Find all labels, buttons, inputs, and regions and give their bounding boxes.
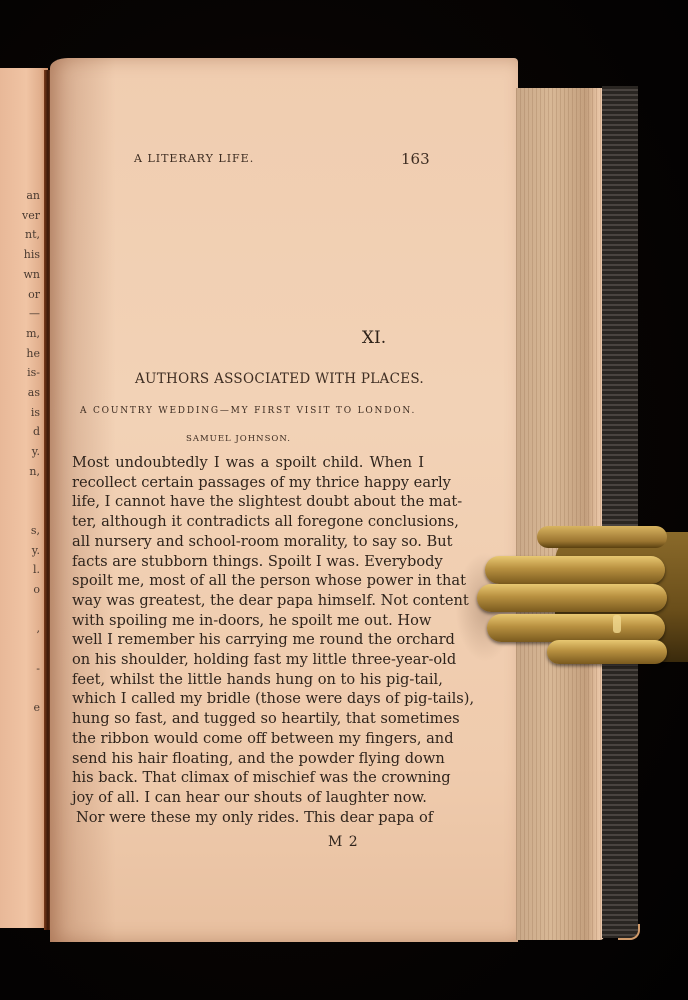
- page-block-fore-edge: [516, 88, 604, 940]
- left-page-fragment: n,: [0, 464, 40, 481]
- left-page-fragment: or: [0, 287, 40, 304]
- left-page-fragment: d: [0, 424, 40, 441]
- ring-icon: [613, 615, 621, 633]
- text-line: recollect certain passages of my thrice …: [72, 473, 424, 493]
- left-page-fragment: o: [0, 582, 40, 599]
- text-line: send his hair floating, and the powder f…: [72, 749, 424, 769]
- left-page-fragment: y.: [0, 543, 40, 560]
- running-head: A LITERARY LIFE.: [134, 152, 254, 165]
- left-page-edge: anvernt,hiswnor—m,heis-asisdy.n,s,y.l.o,…: [0, 68, 48, 928]
- hand-finger-middle: [477, 584, 667, 612]
- left-page-fragment: nt,: [0, 227, 40, 244]
- body-text: Most undoubtedly I was a spoilt child. W…: [72, 453, 424, 827]
- text-line: all nursery and school-room morality, to…: [72, 532, 424, 552]
- text-line: way was greatest, the dear papa himself.…: [72, 591, 424, 611]
- text-line: Most undoubtedly I was a spoilt child. W…: [72, 453, 424, 473]
- signature-mark: M 2: [328, 834, 359, 850]
- left-page-fragment: -: [0, 661, 40, 678]
- left-page-fragment: as: [0, 385, 40, 402]
- left-page-fragment: —: [0, 306, 40, 323]
- left-page-fragment: he: [0, 346, 40, 363]
- hand-thumb: [537, 526, 667, 548]
- hand-finger-little: [547, 640, 667, 664]
- text-line: on his shoulder, holding fast my little …: [72, 650, 424, 670]
- left-page-fragment: wn: [0, 267, 40, 284]
- left-page-fragment: is: [0, 405, 40, 422]
- text-line: hung so fast, and tugged so heartily, th…: [72, 709, 424, 729]
- text-line: spoilt me, most of all the person whose …: [72, 571, 424, 591]
- text-line: joy of all. I can hear our shouts of lau…: [72, 788, 424, 808]
- text-line: which I called my bridle (those were day…: [72, 689, 424, 709]
- page-number: 163: [401, 150, 430, 168]
- hand-finger-index: [485, 556, 665, 584]
- text-line: feet, whilst the little hands hung on to…: [72, 670, 424, 690]
- left-page-fragment: s,: [0, 523, 40, 540]
- left-page-fragment: an: [0, 188, 40, 205]
- cloth-cover-edge: [602, 86, 638, 938]
- text-line: with spoiling me in-doors, he spoilt me …: [72, 611, 424, 631]
- left-page-fragment: l.: [0, 562, 40, 579]
- left-page-fragment: his: [0, 247, 40, 264]
- text-line: his back. That climax of mischief was th…: [72, 768, 424, 788]
- text-line: well I remember his carrying me round th…: [72, 630, 424, 650]
- brass-hand-bookmark: [475, 522, 688, 666]
- left-page-fragment: ,: [0, 621, 40, 638]
- text-line: life, I cannot have the slightest doubt …: [72, 492, 424, 512]
- text-line: ter, although it contradicts all foregon…: [72, 512, 424, 532]
- left-page-fragment: is-: [0, 365, 40, 382]
- left-page-fragment: y.: [0, 444, 40, 461]
- text-line: facts are stubborn things. Spoilt I was.…: [72, 552, 424, 572]
- left-page-fragment: ver: [0, 208, 40, 225]
- section-subhead: SAMUEL JOHNSON.: [186, 434, 291, 444]
- left-page-fragment: e: [0, 700, 40, 717]
- text-line: Nor were these my only rides. This dear …: [72, 808, 424, 828]
- text-line: the ribbon would come off between my fin…: [72, 729, 424, 749]
- chapter-title: AUTHORS ASSOCIATED WITH PLACES.: [135, 371, 424, 387]
- chapter-subtitle: A COUNTRY WEDDING—MY FIRST VISIT TO LOND…: [80, 406, 416, 416]
- book-photograph: anvernt,hiswnor—m,heis-asisdy.n,s,y.l.o,…: [0, 0, 688, 1000]
- hand-finger-ring: [487, 614, 665, 642]
